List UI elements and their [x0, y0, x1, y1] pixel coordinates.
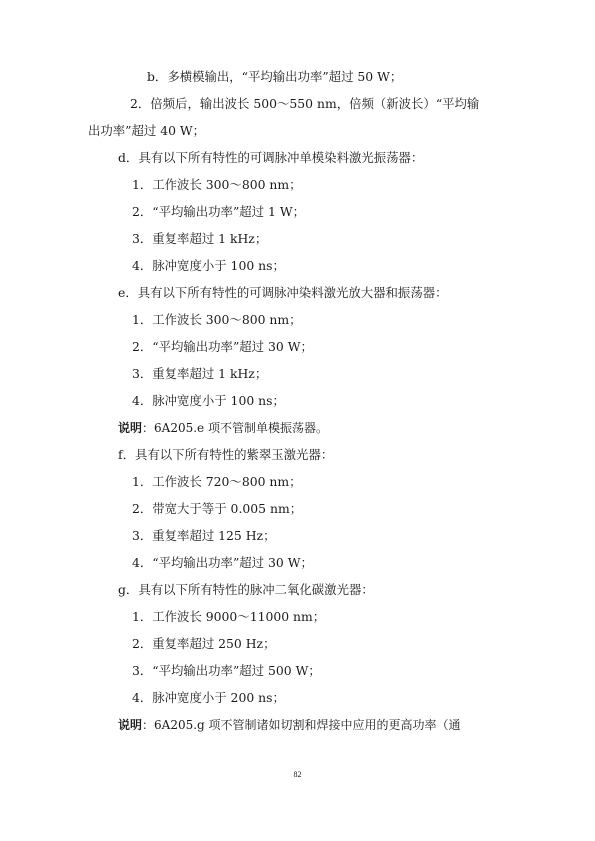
item-e-1: 1．工作波长 300～800 nm；	[132, 312, 302, 328]
item-f-3: 3．重复率超过 125 Hz；	[132, 528, 275, 544]
item-e-3: 3．重复率超过 1 kHz；	[132, 366, 267, 382]
item-f-1: 1．工作波长 720～800 nm；	[132, 474, 302, 490]
note-label: 说明	[118, 421, 142, 435]
note-text: ：6A205.e 项不管制单模振荡器。	[142, 421, 328, 435]
item-d-heading: d．具有以下所有特性的可调脉冲单模染料激光振荡器：	[118, 150, 423, 166]
item-d-3: 3．重复率超过 1 kHz；	[132, 231, 267, 247]
item-2-frequency-doubled: 2．倍频后，输出波长 500～550 nm，倍频（新波长）“平均输	[130, 96, 479, 112]
item-f-2: 2．带宽大于等于 0.005 nm；	[132, 501, 302, 517]
note-label: 说明	[118, 718, 142, 732]
item-g-heading: g．具有以下所有特性的脉冲二氧化碳激光器：	[118, 582, 374, 598]
note-6a205e: 说明：6A205.e 项不管制单模振荡器。	[118, 420, 328, 436]
item-g-3: 3．“平均输出功率”超过 500 W；	[132, 663, 321, 679]
item-d-4: 4．脉冲宽度小于 100 ns；	[132, 258, 285, 274]
item-e-2: 2．“平均输出功率”超过 30 W；	[132, 339, 313, 355]
item-d-1: 1．工作波长 300～800 nm；	[132, 177, 302, 193]
item-g-4: 4．脉冲宽度小于 200 ns；	[132, 690, 285, 706]
item-2-continuation: 出功率”超过 40 W；	[88, 123, 205, 139]
page-number: 82	[0, 770, 595, 779]
note-6a205g: 说明：6A205.g 项不管制诸如切割和焊接中应用的更高功率（通	[118, 717, 461, 733]
item-e-heading: e．具有以下所有特性的可调脉冲染料激光放大器和振荡器：	[118, 285, 448, 301]
note-text: ：6A205.g 项不管制诸如切割和焊接中应用的更高功率（通	[142, 718, 461, 732]
item-d-2: 2．“平均输出功率”超过 1 W；	[132, 204, 305, 220]
item-g-1: 1．工作波长 9000～11000 nm；	[132, 609, 325, 625]
item-e-4: 4．脉冲宽度小于 100 ns；	[132, 393, 285, 409]
item-b-multi-transverse: b．多横模输出，“平均输出功率”超过 50 W；	[147, 69, 402, 85]
item-f-heading: f．具有以下所有特性的紫翠玉激光器：	[118, 447, 333, 463]
item-f-4: 4．“平均输出功率”超过 30 W；	[132, 555, 313, 571]
item-g-2: 2．重复率超过 250 Hz；	[132, 636, 275, 652]
